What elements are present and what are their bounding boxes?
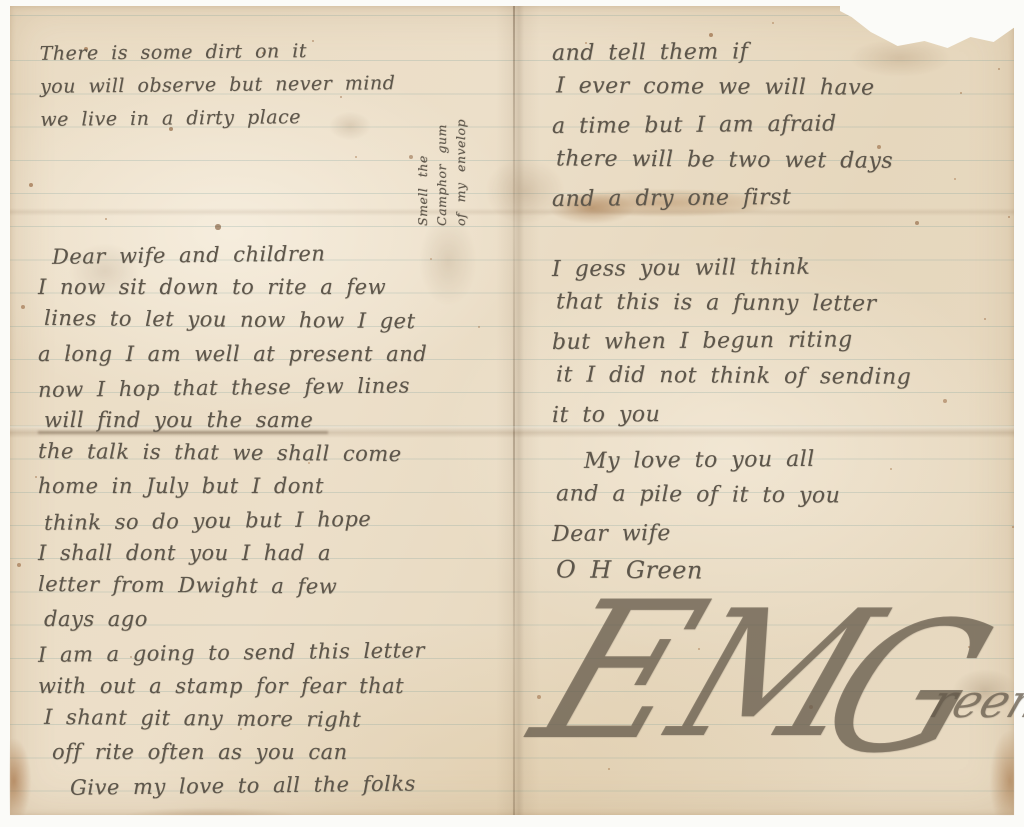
handwriting-line: and a pile of it to you <box>556 477 1014 517</box>
handwriting-line: of my envelop <box>451 76 470 226</box>
left-page-body: Dear wife and children I now sit down to… <box>38 238 518 802</box>
handwriting-line: letter from Dwight a few <box>38 568 518 605</box>
handwriting-line: days ago <box>44 603 518 636</box>
handwriting-line: the talk is that we shall come <box>38 435 518 472</box>
right-page-paragraph-1: and tell them if I ever come we will hav… <box>552 34 1014 216</box>
handwriting-line: I gess you will think <box>552 248 1014 288</box>
handwriting-line: I shall dont you I had a <box>38 537 518 570</box>
right-page-closing: My love to you all and a pile of it to y… <box>552 442 1014 590</box>
handwriting-line: I shant git any more right <box>44 701 518 738</box>
top-note: There is some dirt on it you will observ… <box>39 34 395 137</box>
handwriting-line: that this is a funny letter <box>556 285 1014 325</box>
handwriting-line: Camphor gum <box>432 76 451 226</box>
handwriting-line: I am a going to send this letter <box>38 634 518 673</box>
handwriting-line: it to you <box>552 394 1014 434</box>
handwriting-line: Give my love to all the folks <box>70 767 518 806</box>
letter-paper: There is some dirt on it you will observ… <box>10 6 1014 815</box>
handwriting-line: Smell the <box>413 76 432 226</box>
signature-flourish: E M G reen <box>555 566 1024 806</box>
handwriting-line: we live in a dirty place <box>40 100 396 137</box>
handwriting-line: you will observe but never mind <box>40 67 396 104</box>
handwriting-line: Dear wife <box>552 513 1014 553</box>
handwriting-line: think so do you but I hope <box>44 501 518 540</box>
handwriting-line: I ever come we will have <box>556 69 1014 109</box>
handwriting-line: lines to let you now how I get <box>44 302 518 339</box>
foxing-spots <box>10 6 12 8</box>
vertical-margin-note: Smell the Camphor gum of my envelop <box>413 76 471 226</box>
flourish-tail: reen <box>923 674 1024 728</box>
handwriting-line: My love to you all <box>584 440 1014 480</box>
handwriting-line: will find you the same <box>44 404 518 437</box>
handwriting-line: and tell them if <box>552 32 1014 72</box>
flourish-initial-e: E <box>510 561 729 782</box>
handwriting-line: with out a stamp for fear that <box>38 670 518 703</box>
handwriting-line: I now sit down to rite a few <box>38 271 518 304</box>
handwriting-line: a long I am well at present and <box>38 338 518 371</box>
handwriting-line: now I hop that these few lines <box>38 368 518 407</box>
handwriting-line: a time but I am afraid <box>552 105 1014 145</box>
handwriting-line: home in July but I dont <box>38 470 518 503</box>
handwriting-line: Dear wife and children <box>52 235 518 274</box>
handwriting-line: but when I begun riting <box>552 321 1014 361</box>
handwriting-line: There is some dirt on it <box>39 34 395 71</box>
handwriting-line: it I did not think of sending <box>556 358 1014 398</box>
flourish-initial-g: G <box>797 584 1017 793</box>
right-page-paragraph-2: I gess you will think that this is a fun… <box>552 250 1014 432</box>
handwriting-line: and a dry one first <box>552 178 1014 218</box>
letter-scan: There is some dirt on it you will observ… <box>0 0 1024 827</box>
handwriting-line: off rite often as you can <box>52 736 518 769</box>
flourish-initial-m: M <box>648 574 901 777</box>
handwriting-line: there will be two wet days <box>556 142 1014 182</box>
signature: O H Green <box>556 552 1014 592</box>
